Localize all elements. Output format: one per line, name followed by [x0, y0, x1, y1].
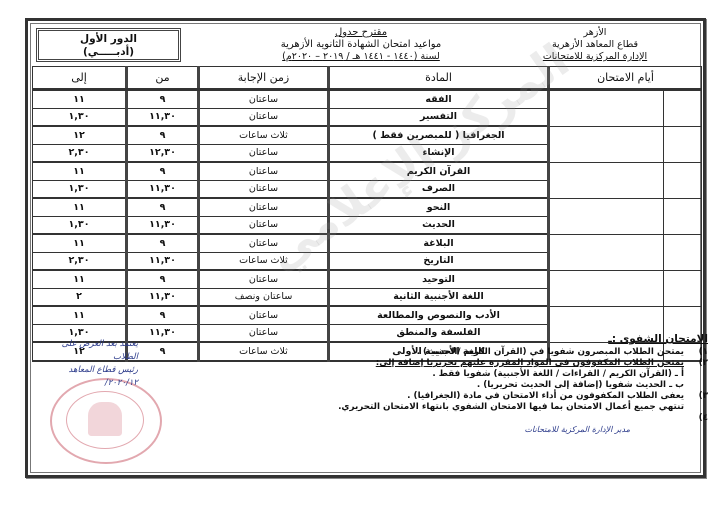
- exam-schedule-table: أيام الامتحان المادة زمن الإجابة من إلى …: [32, 66, 702, 362]
- note-number: ٢): [684, 358, 708, 369]
- from-cell: ١٢,٣٠: [127, 144, 199, 162]
- day-cell: [664, 90, 702, 127]
- subject-cell: الصرف: [329, 180, 549, 198]
- subject-cell: التفسير: [329, 108, 549, 126]
- table-row: الفقه ساعتان ٩ ١١: [33, 90, 702, 109]
- note-text: يمتحن الطلاب المبصرون شفويا في (القرآن ا…: [417, 347, 684, 358]
- seal-emblem-icon: [88, 402, 122, 436]
- document-header: الأزهر قطاع المعاهد الأزهرية الإدارة الم…: [32, 23, 701, 67]
- to-cell: ١١: [33, 306, 127, 324]
- note-text: يعفى الطلاب المكفوفون من أداء الامتحان ف…: [407, 391, 684, 402]
- from-cell: ٩: [127, 198, 199, 216]
- note-number: [684, 402, 708, 413]
- day-cell: [664, 270, 702, 306]
- from-cell: ١١,٣٠: [127, 108, 199, 126]
- title-line: لسنة (١٤٤٠ - ١٤٤١ هـ / ٢٠١٩ – ٢٠٢٠م): [226, 51, 496, 63]
- note-number: ٣): [684, 391, 708, 402]
- from-cell: ٩: [127, 234, 199, 252]
- signature-exams-director: مدير الإدارة المركزية للامتحانات: [524, 425, 630, 434]
- duration-cell: ساعتان: [199, 198, 329, 216]
- note-subitem: أ ـ (القرآن الكريم / القراءات / اللغة ال…: [288, 369, 708, 380]
- column-header-from: من: [127, 67, 199, 90]
- from-cell: ١١,٣٠: [127, 252, 199, 270]
- duration-cell: ساعتان: [199, 234, 329, 252]
- note-item: ١) يمتحن الطلاب المبصرون شفويا في (القرآ…: [288, 347, 708, 358]
- section-label: (أدبـــــي): [39, 46, 178, 59]
- to-cell: ١٢: [33, 126, 127, 144]
- note-subitem: ب ـ الحديث شفويا (إضافة إلى الحديث تحرير…: [288, 380, 708, 391]
- org-line: قطاع المعاهد الأزهرية: [495, 39, 695, 51]
- from-cell: ١١,٣٠: [127, 180, 199, 198]
- column-header-to: إلى: [33, 67, 127, 90]
- duration-cell: ساعتان ونصف: [199, 288, 329, 306]
- note-item: تنتهي جميع أعمال الامتحان بما فيها الامت…: [288, 402, 708, 413]
- to-cell: ١١: [33, 270, 127, 288]
- approval-signature: يعتمد بعد العرض على الطلاب رئيس قطاع الم…: [38, 338, 138, 390]
- to-cell: ٢,٣٠: [33, 252, 127, 270]
- note-item: ٤): [288, 413, 708, 424]
- subject-cell: الأدب والنصوص والمطالعة: [329, 306, 549, 324]
- date-cell: [549, 90, 664, 127]
- duration-cell: ساعتان: [199, 270, 329, 288]
- from-cell: ٩: [127, 270, 199, 288]
- to-cell: ١١: [33, 234, 127, 252]
- to-cell: ١,٣٠: [33, 216, 127, 234]
- approval-line: الطلاب: [38, 351, 138, 364]
- note-item: ٣) يعفى الطلاب المكفوفون من أداء الامتحا…: [288, 391, 708, 402]
- subject-cell: الحديث: [329, 216, 549, 234]
- subject-cell: النحو: [329, 198, 549, 216]
- to-cell: ١,٣٠: [33, 180, 127, 198]
- column-header-exam-days: أيام الامتحان: [549, 67, 702, 90]
- column-header-duration: زمن الإجابة: [199, 67, 329, 90]
- day-cell: [664, 234, 702, 270]
- from-cell: ٩: [127, 126, 199, 144]
- approval-line: يعتمد بعد العرض على: [38, 338, 138, 351]
- note-text: أ ـ (القرآن الكريم / القراءات / اللغة ال…: [432, 369, 684, 380]
- date-cell: [549, 270, 664, 306]
- title-line: مواعيد امتحان الشهادة الثانوية الأزهرية: [226, 39, 496, 51]
- from-cell: ١١,٣٠: [127, 288, 199, 306]
- approval-line: ٢٠٢٠/١٢/: [38, 377, 138, 390]
- duration-cell: ساعتان: [199, 90, 329, 109]
- subject-cell: التوحيد: [329, 270, 549, 288]
- duration-cell: ثلاث ساعات: [199, 252, 329, 270]
- notes-title: الامتحان الشفوى :ـ: [288, 334, 708, 345]
- table-row: البلاغة ساعتان ٩ ١١: [33, 234, 702, 252]
- to-cell: ٢,٣٠: [33, 144, 127, 162]
- from-cell: ٩: [127, 90, 199, 109]
- to-cell: ١١: [33, 90, 127, 109]
- to-cell: ٢: [33, 288, 127, 306]
- document-title: مقترح جدول مواعيد امتحان الشهادة الثانوي…: [226, 27, 496, 63]
- subject-cell: الجغرافيا ( للمبصرين فقط ): [329, 126, 549, 144]
- org-line: الإدارة المركزية للامتحانات: [495, 51, 695, 63]
- duration-cell: ساعتان: [199, 144, 329, 162]
- day-cell: [664, 162, 702, 198]
- duration-cell: ثلاث ساعات: [199, 126, 329, 144]
- subject-cell: الإنشاء: [329, 144, 549, 162]
- date-cell: [549, 234, 664, 270]
- organization-block: الأزهر قطاع المعاهد الأزهرية الإدارة الم…: [495, 27, 695, 63]
- day-cell: [664, 126, 702, 162]
- date-cell: [549, 162, 664, 198]
- subject-cell: البلاغة: [329, 234, 549, 252]
- subject-cell: التاريخ: [329, 252, 549, 270]
- note-item: ٢) يمتحن الطلاب المكفوفون في المواد المق…: [288, 358, 708, 369]
- from-cell: ٩: [127, 162, 199, 180]
- round-label: الدور الأول: [39, 33, 178, 46]
- table-row: النحو ساعتان ٩ ١١: [33, 198, 702, 216]
- table-header-row: أيام الامتحان المادة زمن الإجابة من إلى: [33, 67, 702, 90]
- table-row: القرآن الكريم ساعتان ٩ ١١: [33, 162, 702, 180]
- duration-cell: ساعتان: [199, 216, 329, 234]
- column-header-subject: المادة: [329, 67, 549, 90]
- from-cell: ٩: [127, 306, 199, 324]
- note-number: ١): [684, 347, 708, 358]
- duration-cell: ساعتان: [199, 180, 329, 198]
- date-cell: [549, 126, 664, 162]
- note-text: يمتحن الطلاب المكفوفون في المواد المقررة…: [376, 358, 684, 369]
- from-cell: ١١,٣٠: [127, 216, 199, 234]
- to-cell: ١١: [33, 198, 127, 216]
- subject-cell: اللغة الأجنبية الثانية: [329, 288, 549, 306]
- to-cell: ١١: [33, 162, 127, 180]
- org-line: الأزهر: [495, 27, 695, 39]
- note-text: تنتهي جميع أعمال الامتحان بما فيها الامت…: [338, 402, 684, 413]
- table-row: التوحيد ساعتان ٩ ١١: [33, 270, 702, 288]
- duration-cell: ساعتان: [199, 162, 329, 180]
- date-cell: [549, 198, 664, 234]
- to-cell: ١,٣٠: [33, 108, 127, 126]
- note-text: ب ـ الحديث شفويا (إضافة إلى الحديث تحرير…: [477, 380, 684, 391]
- exam-round-box: الدور الأول (أدبـــــي): [36, 28, 181, 62]
- subject-cell: الفقه: [329, 90, 549, 109]
- subject-cell: القرآن الكريم: [329, 162, 549, 180]
- duration-cell: ساعتان: [199, 306, 329, 324]
- table-row: الأدب والنصوص والمطالعة ساعتان ٩ ١١: [33, 306, 702, 324]
- title-line: مقترح جدول: [226, 27, 496, 39]
- duration-cell: ساعتان: [199, 108, 329, 126]
- oral-exam-notes: الامتحان الشفوى :ـ ١) يمتحن الطلاب المبص…: [288, 334, 708, 424]
- note-number: ٤): [684, 413, 708, 424]
- approval-line: رئيس قطاع المعاهد: [38, 364, 138, 377]
- table-row: الجغرافيا ( للمبصرين فقط ) ثلاث ساعات ٩ …: [33, 126, 702, 144]
- day-cell: [664, 198, 702, 234]
